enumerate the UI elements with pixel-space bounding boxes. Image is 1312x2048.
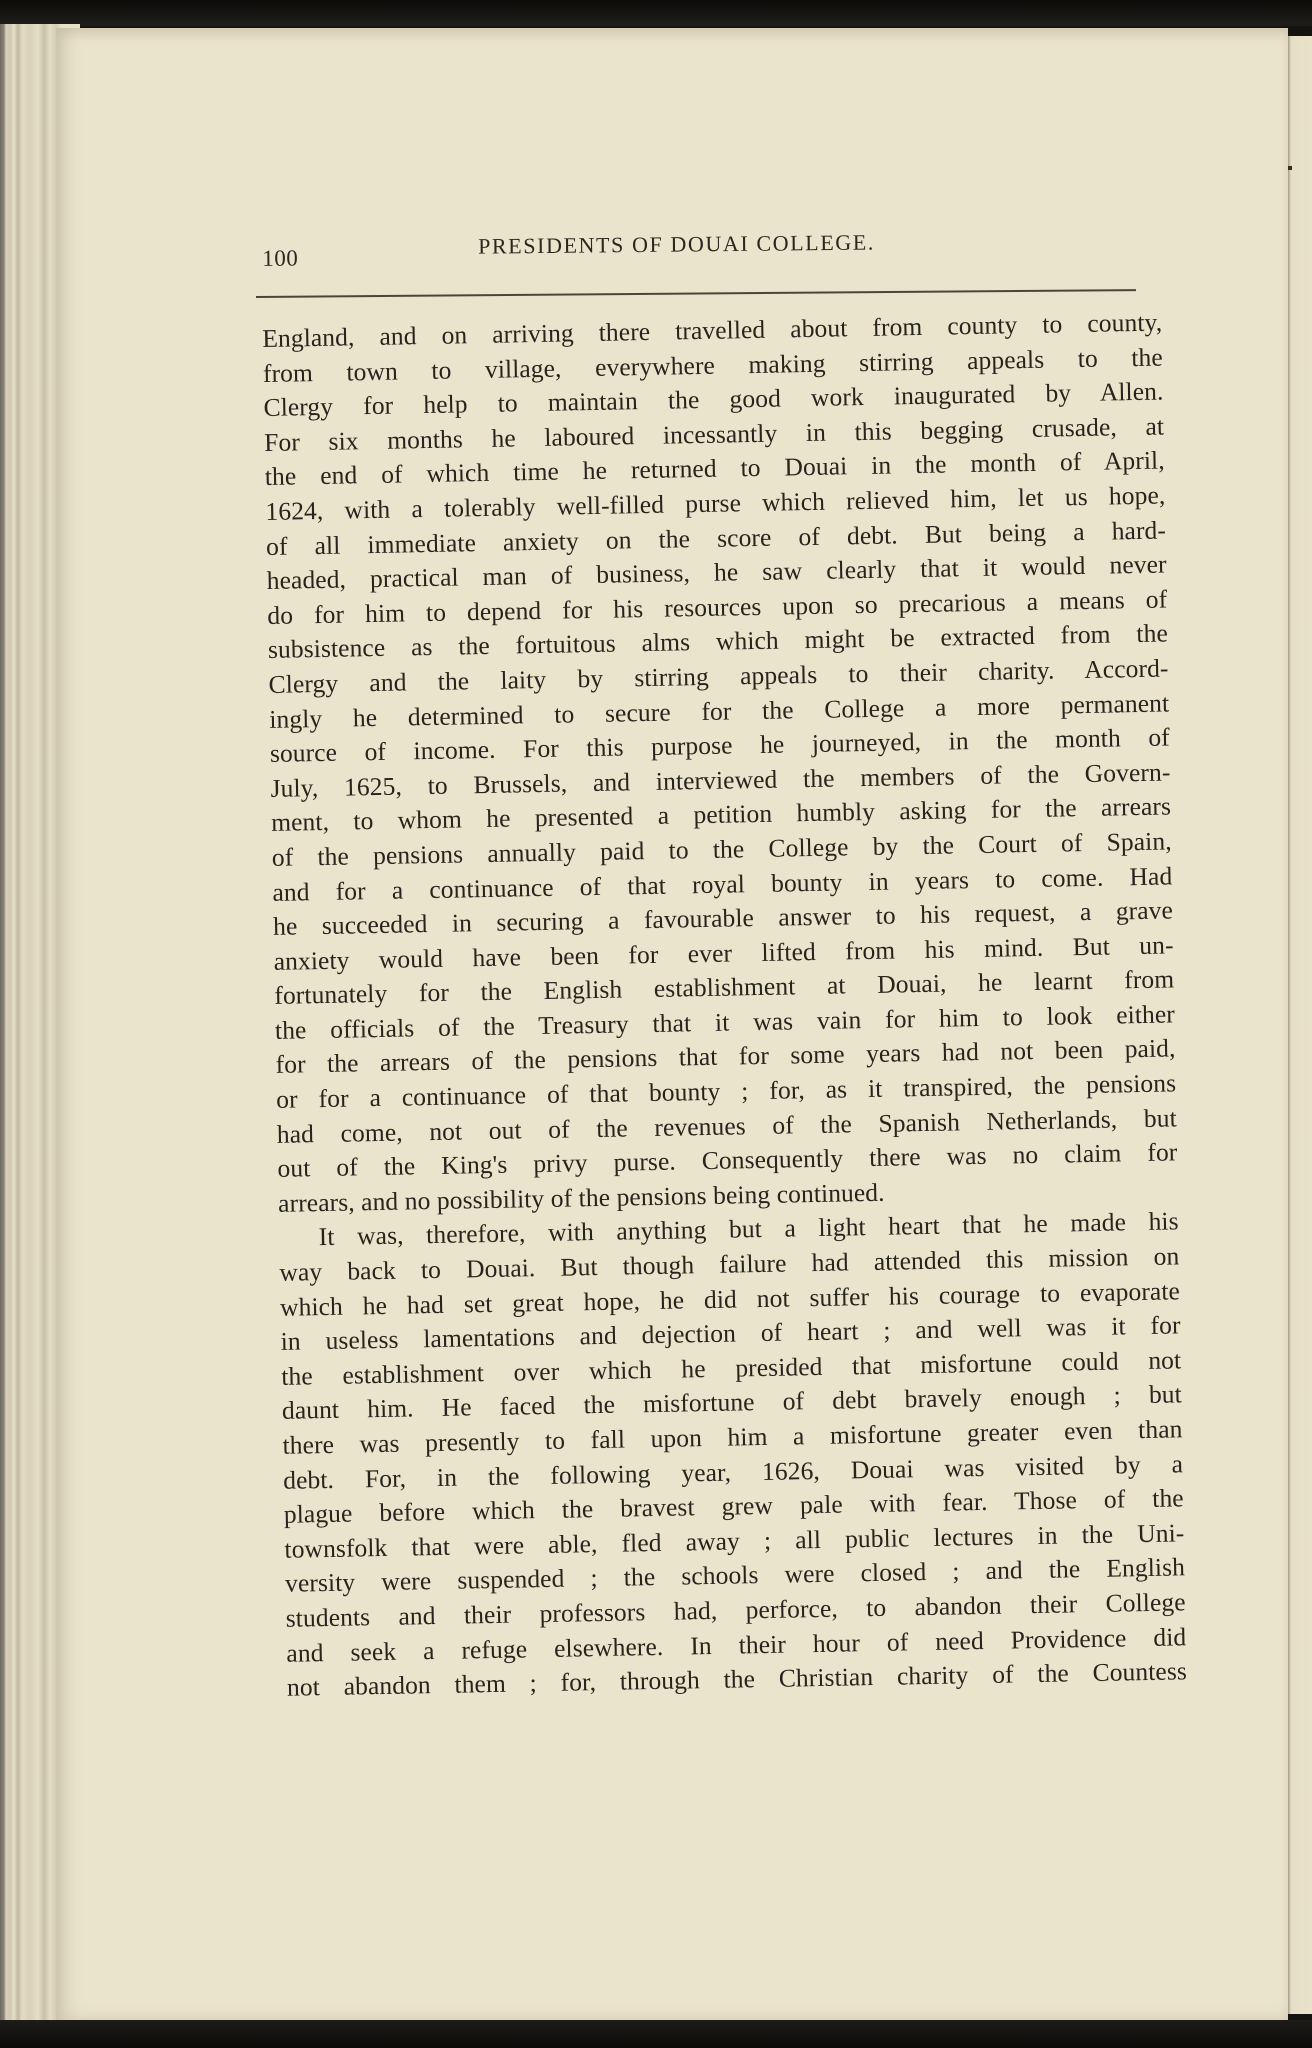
- facing-page-edge: [1288, 36, 1312, 2014]
- body-text: England, and on arriving there travelled…: [262, 306, 1187, 1706]
- book-binding-top: [0, 0, 1312, 26]
- paragraph-1: England, and on arriving there travelled…: [262, 306, 1178, 1222]
- paragraph-2: It was, therefore, with anything but a l…: [278, 1205, 1187, 1706]
- running-title: PRESIDENTS OF DOUAI COLLEGE.: [478, 230, 875, 260]
- book-binding-bottom: [0, 2020, 1312, 2048]
- page-number: 100: [262, 246, 298, 272]
